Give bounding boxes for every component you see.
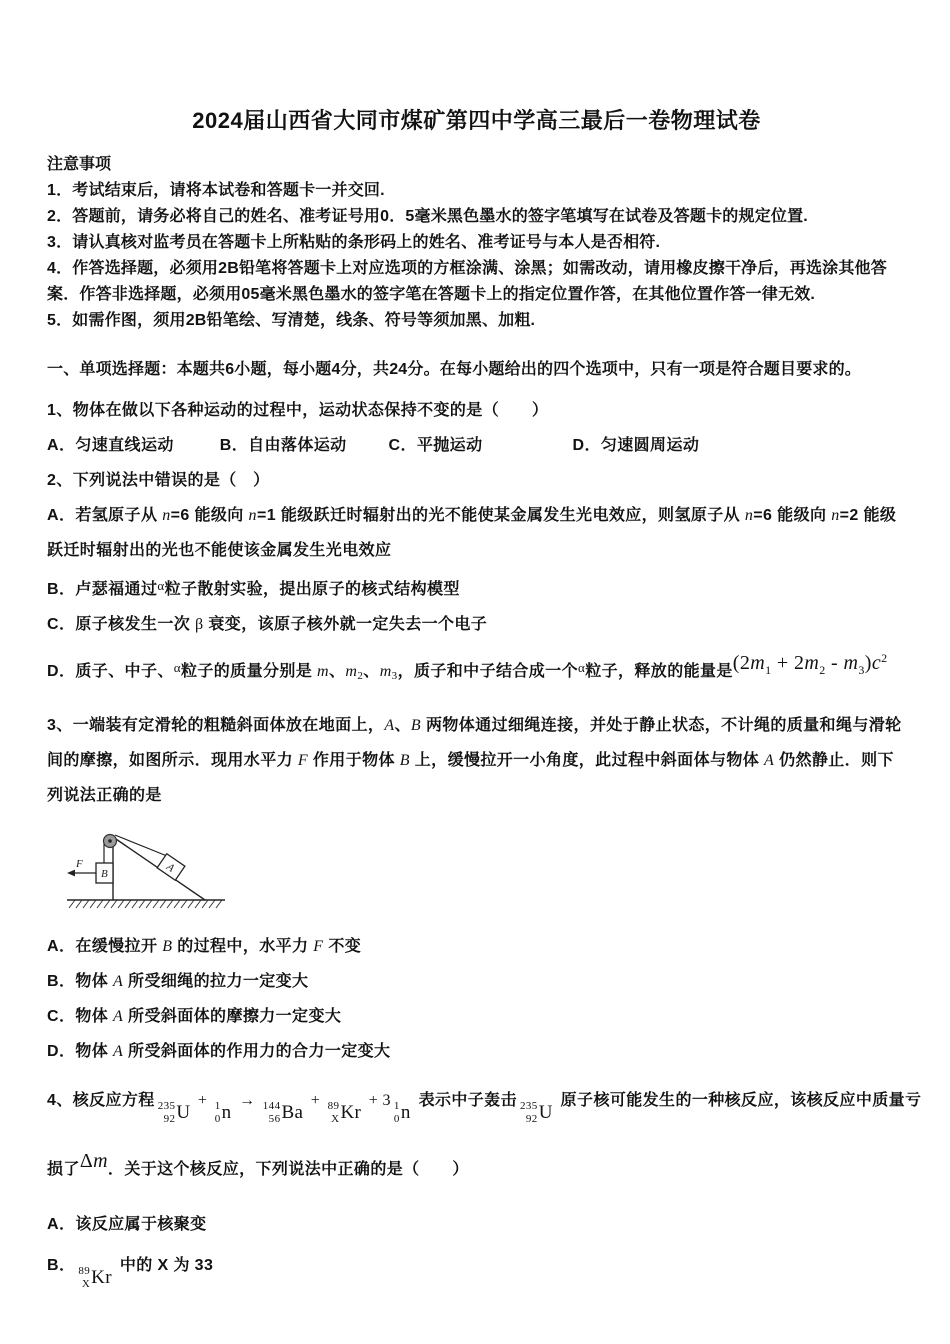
q3-option-c: C．物体 A 所受斜面体的摩擦力一定变大 — [47, 999, 906, 1034]
q3-option-d: D．物体 A 所受斜面体的作用力的合力一定变大 — [47, 1034, 906, 1069]
ground-hatching — [69, 900, 222, 908]
q1-option-d: D．匀速圆周运动 — [573, 428, 700, 463]
q3-option-a: A．在缓慢拉开 B 的过程中，水平力 F 不变 — [47, 929, 906, 964]
q4-option-b: B．89XKr 中的 X 为 33 — [47, 1248, 906, 1290]
q2-option-a-line-1: A．若氢原子从 n=6 能级向 n=1 能级跃迁时辐射出的光不能使某金属发生光电… — [47, 498, 906, 533]
block-b-label: B — [101, 868, 108, 880]
q3-option-b: B．物体 A 所受细绳的拉力一定变大 — [47, 964, 906, 999]
notice-item-1: 1．考试结束后，请将本试卷和答题卡一并交回. — [47, 178, 906, 204]
notice-item-5: 5．如需作图，须用2B铅笔绘、写清楚，线条、符号等须加黑、加粗. — [47, 308, 906, 334]
q1-option-a: A．匀速直线运动 — [47, 428, 174, 463]
q4-option-a: A．该反应属于核聚变 — [47, 1207, 906, 1242]
q1-option-c: C．平抛运动 — [389, 428, 483, 463]
block-a: A — [157, 854, 185, 880]
q4-stem-line-2: 损了Δm．关于这个核反应，下列说法中正确的是（ ） — [47, 1151, 906, 1187]
q3-stem-line-1: 3、一端装有定滑轮的粗糙斜面体放在地面上，A、B 两物体通过细绳连接，并处于静止… — [47, 708, 906, 743]
q2-option-d: D．质子、中子、α粒子的质量分别是 m、m2、m3，质子和中子结合成一个α粒子，… — [47, 650, 906, 694]
q1-option-b: B．自由落体运动 — [220, 428, 347, 463]
q2-stem: 2、下列说法中错误的是（ ） — [47, 463, 906, 498]
page-title: 2024届山西省大同市煤矿第四中学高三最后一卷物理试卷 — [47, 106, 906, 136]
q4-stem-line-1: 4、核反应方程23592U + 10n → 14456Ba + 89XKr + … — [47, 1083, 906, 1125]
force-arrow-head — [67, 870, 75, 877]
notice-heading: 注意事项 — [47, 152, 906, 178]
notice-item-3: 3．请认真核对监考员在答题卡上所粘贴的条形码上的姓名、准考证号与本人是否相符. — [47, 230, 906, 256]
q2-option-c: C．原子核发生一次 β 衰变，该原子核外就一定失去一个电子 — [47, 607, 906, 642]
pulley-axle — [108, 839, 112, 843]
q2-option-a-line-2: 跃迁时辐射出的光也不能使该金属发生光电效应 — [47, 533, 906, 568]
section-heading: 一、单项选择题：本题共6小题，每小题4分，共24分。在每小题给出的四个选项中，只… — [47, 356, 906, 383]
force-label: F — [75, 858, 83, 870]
q2-option-b: B．卢瑟福通过α粒子散射实验，提出原子的核式结构模型 — [47, 568, 906, 607]
rope-along-incline — [115, 835, 167, 856]
q3-stem-line-2: 间的摩擦，如图所示．现用水平力 F 作用于物体 B 上，缓慢拉开一小角度，此过程… — [47, 743, 906, 778]
q1-options: A．匀速直线运动B．自由落体运动C．平抛运动D．匀速圆周运动 — [47, 428, 906, 463]
notice-item-2: 2．答题前，请务必将自己的姓名、准考证号用0．5毫米黑色墨水的签字笔填写在试卷及… — [47, 204, 906, 230]
q1-stem: 1、物体在做以下各种运动的过程中，运动状态保持不变的是（ ） — [47, 393, 906, 428]
q3-stem-line-3: 列说法正确的是 — [47, 778, 906, 813]
notice-item-4: 4．作答选择题，必须用2B铅笔将答题卡上对应选项的方框涂满、涂黑；如需改动，请用… — [47, 256, 906, 308]
exam-page: 2024届山西省大同市煤矿第四中学高三最后一卷物理试卷 注意事项 1．考试结束后… — [0, 0, 950, 1344]
incline-pulley-figure: A B F — [57, 823, 257, 919]
